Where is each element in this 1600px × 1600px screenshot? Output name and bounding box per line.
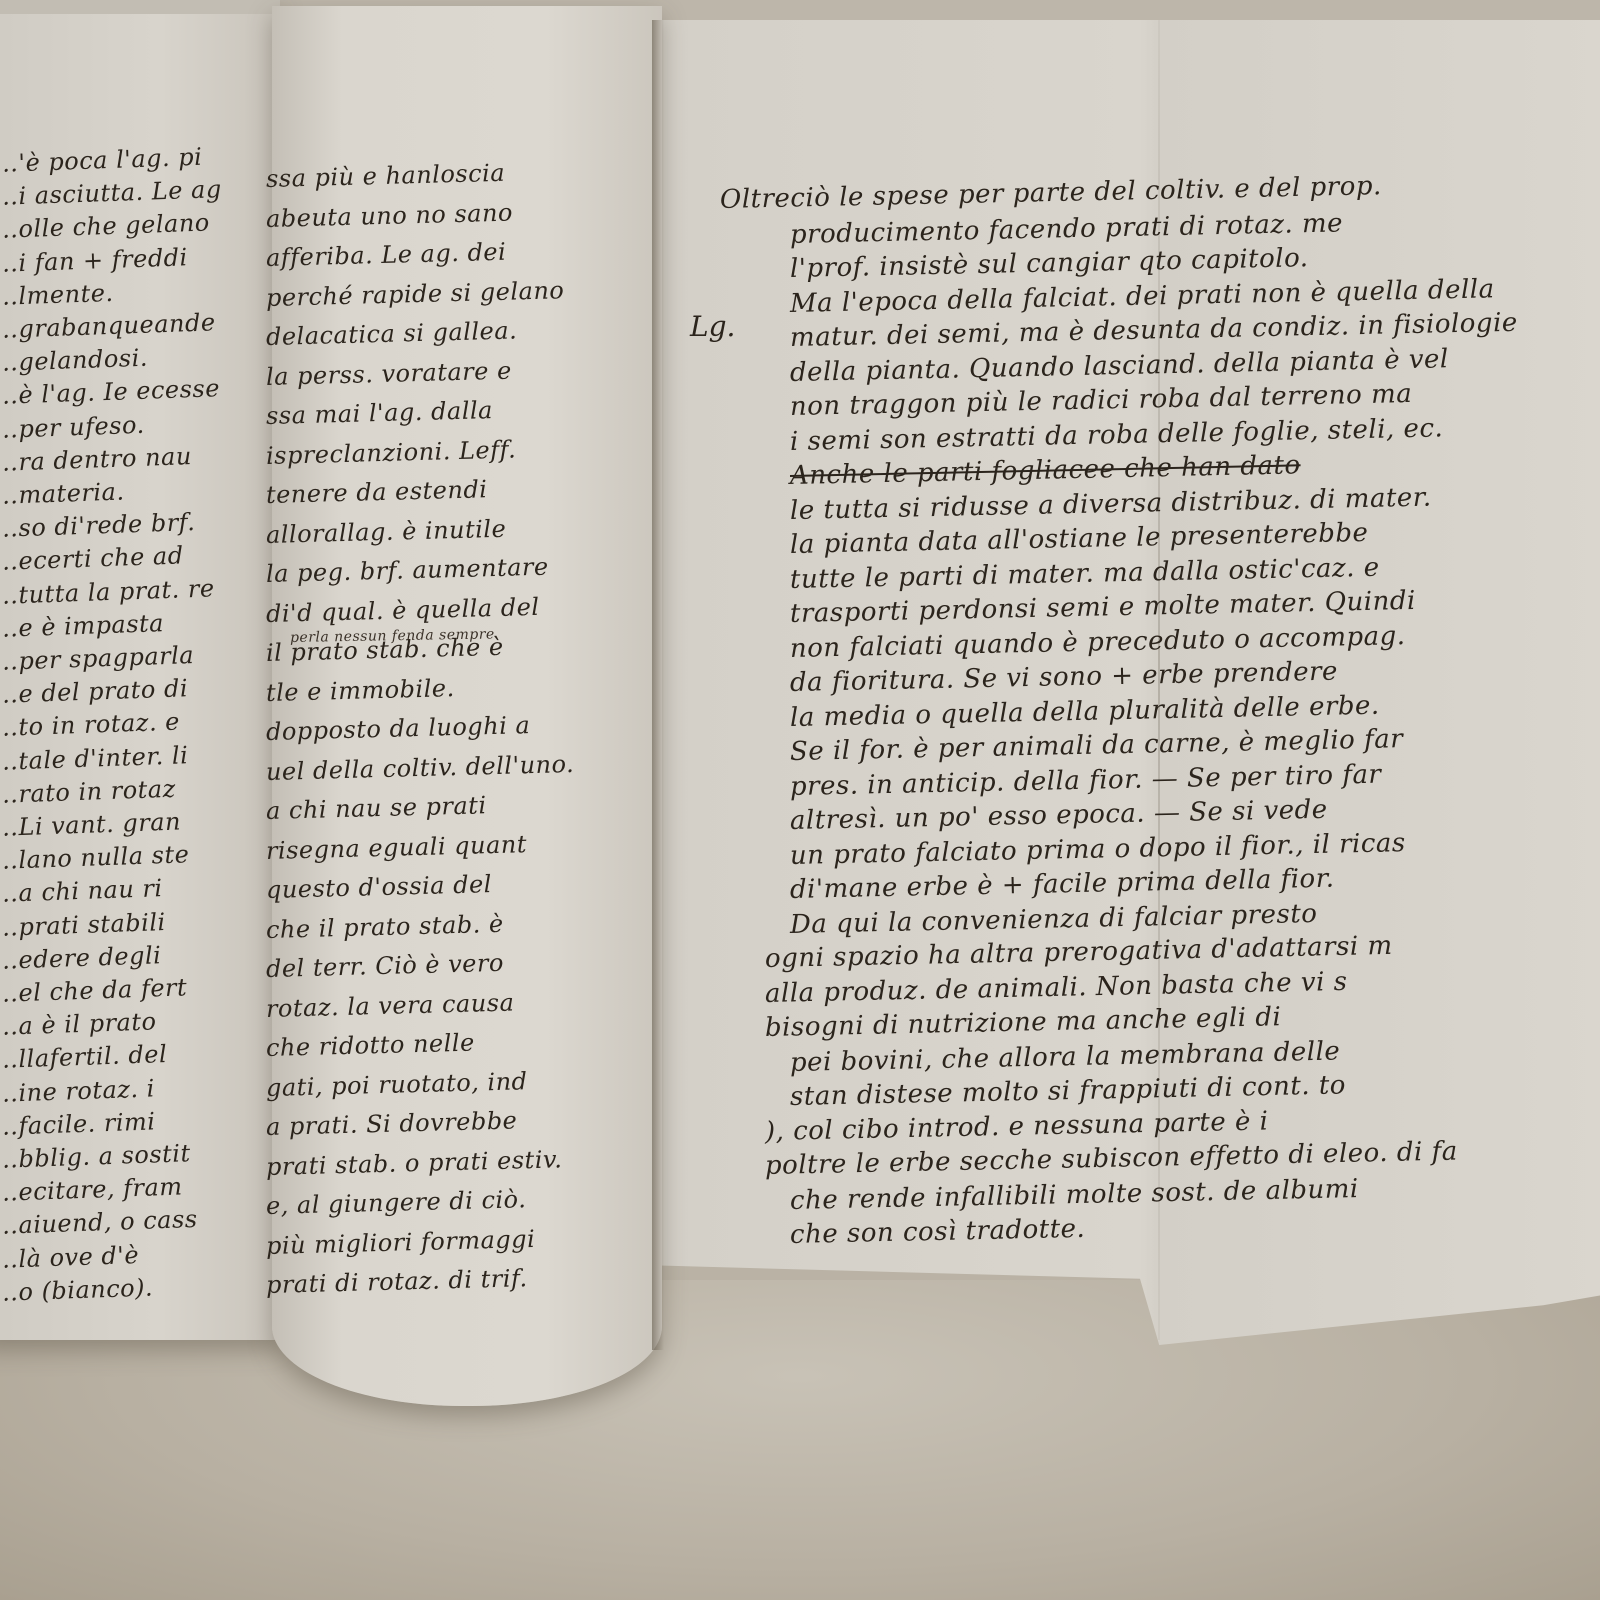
handwritten-line: …o (bianco). (0, 1273, 154, 1307)
handwritten-line: …prati stabili (0, 908, 166, 942)
handwritten-line: che ridotto nelle (266, 1029, 475, 1062)
handwritten-line: rotaz. la vera causa (266, 988, 515, 1022)
left-page-top-edge (0, 0, 280, 14)
margin-note: Lg. (690, 310, 735, 343)
handwritten-line: …là ove d'è (0, 1241, 140, 1274)
photo-scene: …'è poca l'ag. pi…i asciutta. Le ag…olle… (0, 0, 1600, 1600)
handwritten-line: …lmente. (0, 279, 114, 311)
handwritten-line: …ine rotaz. i (0, 1074, 155, 1108)
handwritten-line: ssa mai l'ag. dalla (266, 396, 494, 430)
handwritten-line: a chi nau se prati (266, 791, 487, 825)
handwritten-line: questo d'ossia del (266, 870, 493, 904)
handwritten-line: allorallag. è inutile (266, 514, 507, 548)
handwritten-line: …a è il prato (0, 1008, 157, 1042)
handwritten-line: …per ufeso. (0, 410, 145, 443)
handwritten-line: che son così tradotte. (790, 1214, 1086, 1250)
handwritten-line: abeuta uno no sano (266, 198, 514, 232)
handwritten-line: tenere da estendi (266, 475, 488, 509)
handwritten-line: …materia. (0, 477, 125, 510)
handwritten-line: tle e immobile. (266, 674, 455, 707)
handwritten-line: che il prato stab. è (266, 909, 504, 943)
handwritten-line: …facile. rimi (0, 1107, 156, 1141)
gutter-shadow (652, 20, 664, 1350)
handwritten-line: la perss. voratare e (266, 356, 512, 390)
handwritten-line: …gelandosi. (0, 344, 148, 377)
handwritten-line: …e è impasta (0, 609, 164, 643)
handwritten-line: …edere degli (0, 941, 162, 975)
handwritten-line: ispreclanzioni. Leff. (266, 435, 517, 470)
